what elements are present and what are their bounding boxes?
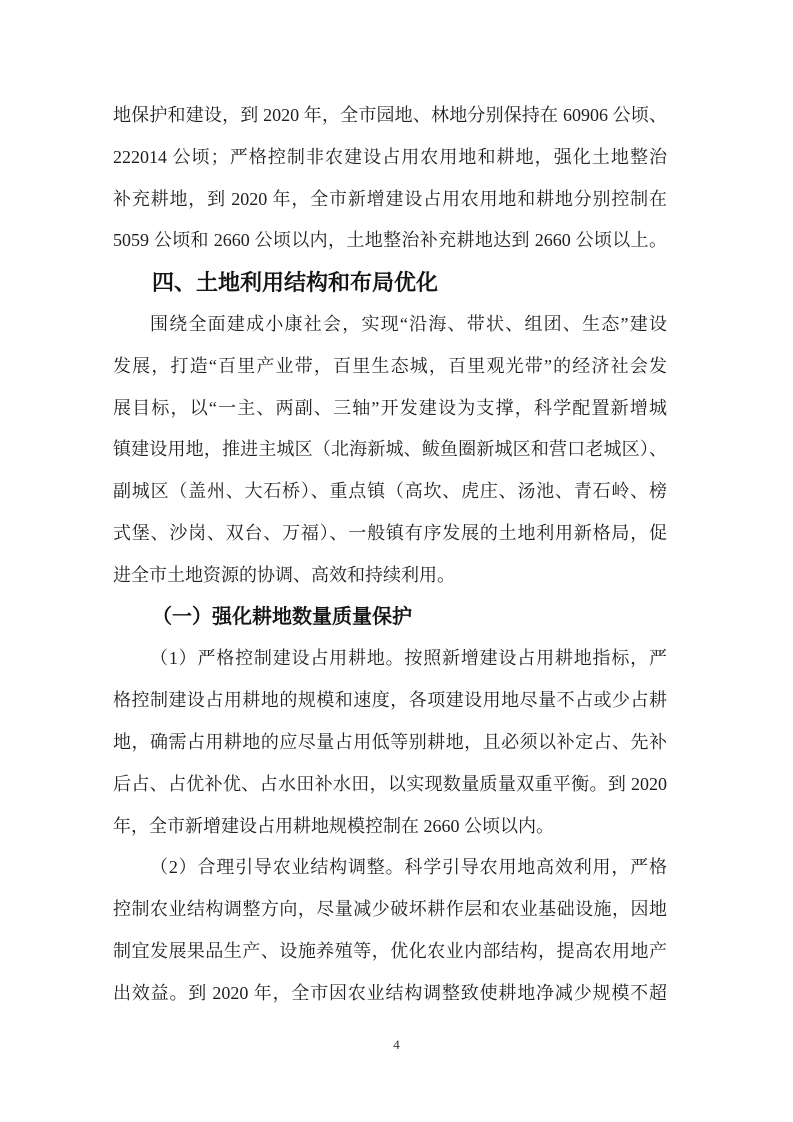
text-line: （1）严格控制建设占用耕地。按照新增建设占用耕地指标，严 xyxy=(113,638,667,680)
text-line: 副城区（盖州、大石桥）、重点镇（高坎、虎庄、汤池、青石岭、榜 xyxy=(113,471,667,513)
paragraph-intro: 地保护和建设，到 2020 年，全市园地、林地分别保持在 60906 公顷、 2… xyxy=(113,95,667,262)
text-line: 年，全市新增建设占用耕地规模控制在 2660 公顷以内。 xyxy=(113,806,667,848)
text-line: 地保护和建设，到 2020 年，全市园地、林地分别保持在 60906 公顷、 xyxy=(113,95,667,137)
text-line: 围绕全面建成小康社会，实现“沿海、带状、组团、生态”建设 xyxy=(113,304,667,346)
paragraph-item1: （1）严格控制建设占用耕地。按照新增建设占用耕地指标，严 格控制建设占用耕地的规… xyxy=(113,638,667,847)
paragraph-overview: 围绕全面建成小康社会，实现“沿海、带状、组团、生态”建设 发展，打造“百里产业带… xyxy=(113,304,667,597)
document-body: 地保护和建设，到 2020 年，全市园地、林地分别保持在 60906 公顷、 2… xyxy=(113,95,667,1015)
text-line: 式堡、沙岗、双台、万福）、一般镇有序发展的土地利用新格局，促 xyxy=(113,513,667,555)
text-line: 进全市土地资源的协调、高效和持续利用。 xyxy=(113,555,667,597)
paragraph-item2: （2）合理引导农业结构调整。科学引导农用地高效利用，严格 控制农业结构调整方向，… xyxy=(113,847,667,1014)
section-heading: 四、土地利用结构和布局优化 xyxy=(113,262,667,304)
text-line: 后占、占优补优、占水田补水田，以实现数量质量双重平衡。到 2020 xyxy=(113,764,667,806)
text-line: 5059 公顷和 2660 公顷以内，土地整治补充耕地达到 2660 公顷以上。 xyxy=(113,220,667,262)
text-line: 控制农业结构调整方向，尽量减少破坏耕作层和农业基础设施，因地 xyxy=(113,889,667,931)
text-line: 222014 公顷；严格控制非农建设占用农用地和耕地，强化土地整治 xyxy=(113,137,667,179)
page-number: 4 xyxy=(0,1034,793,1056)
text-line: 制宜发展果品生产、设施养殖等，优化农业内部结构，提高农用地产 xyxy=(113,931,667,973)
text-line: 出效益。到 2020 年，全市因农业结构调整致使耕地净减少规模不超 xyxy=(113,973,667,1015)
text-line: （2）合理引导农业结构调整。科学引导农用地高效利用，严格 xyxy=(113,847,667,889)
text-line: 格控制建设占用耕地的规模和速度，各项建设用地尽量不占或少占耕 xyxy=(113,680,667,722)
text-line: 发展，打造“百里产业带，百里生态城，百里观光带”的经济社会发 xyxy=(113,346,667,388)
document-page: 地保护和建设，到 2020 年，全市园地、林地分别保持在 60906 公顷、 2… xyxy=(0,0,793,1122)
subsection-heading: （一）强化耕地数量质量保护 xyxy=(113,597,667,639)
text-line: 补充耕地，到 2020 年，全市新增建设占用农用地和耕地分别控制在 xyxy=(113,179,667,221)
text-line: 地，确需占用耕地的应尽量占用低等别耕地，且必须以补定占、先补 xyxy=(113,722,667,764)
text-line: 镇建设用地，推进主城区（北海新城、鲅鱼圈新城区和营口老城区）、 xyxy=(113,429,667,471)
text-line: 展目标，以“一主、两副、三轴”开发建设为支撑，科学配置新增城 xyxy=(113,388,667,430)
